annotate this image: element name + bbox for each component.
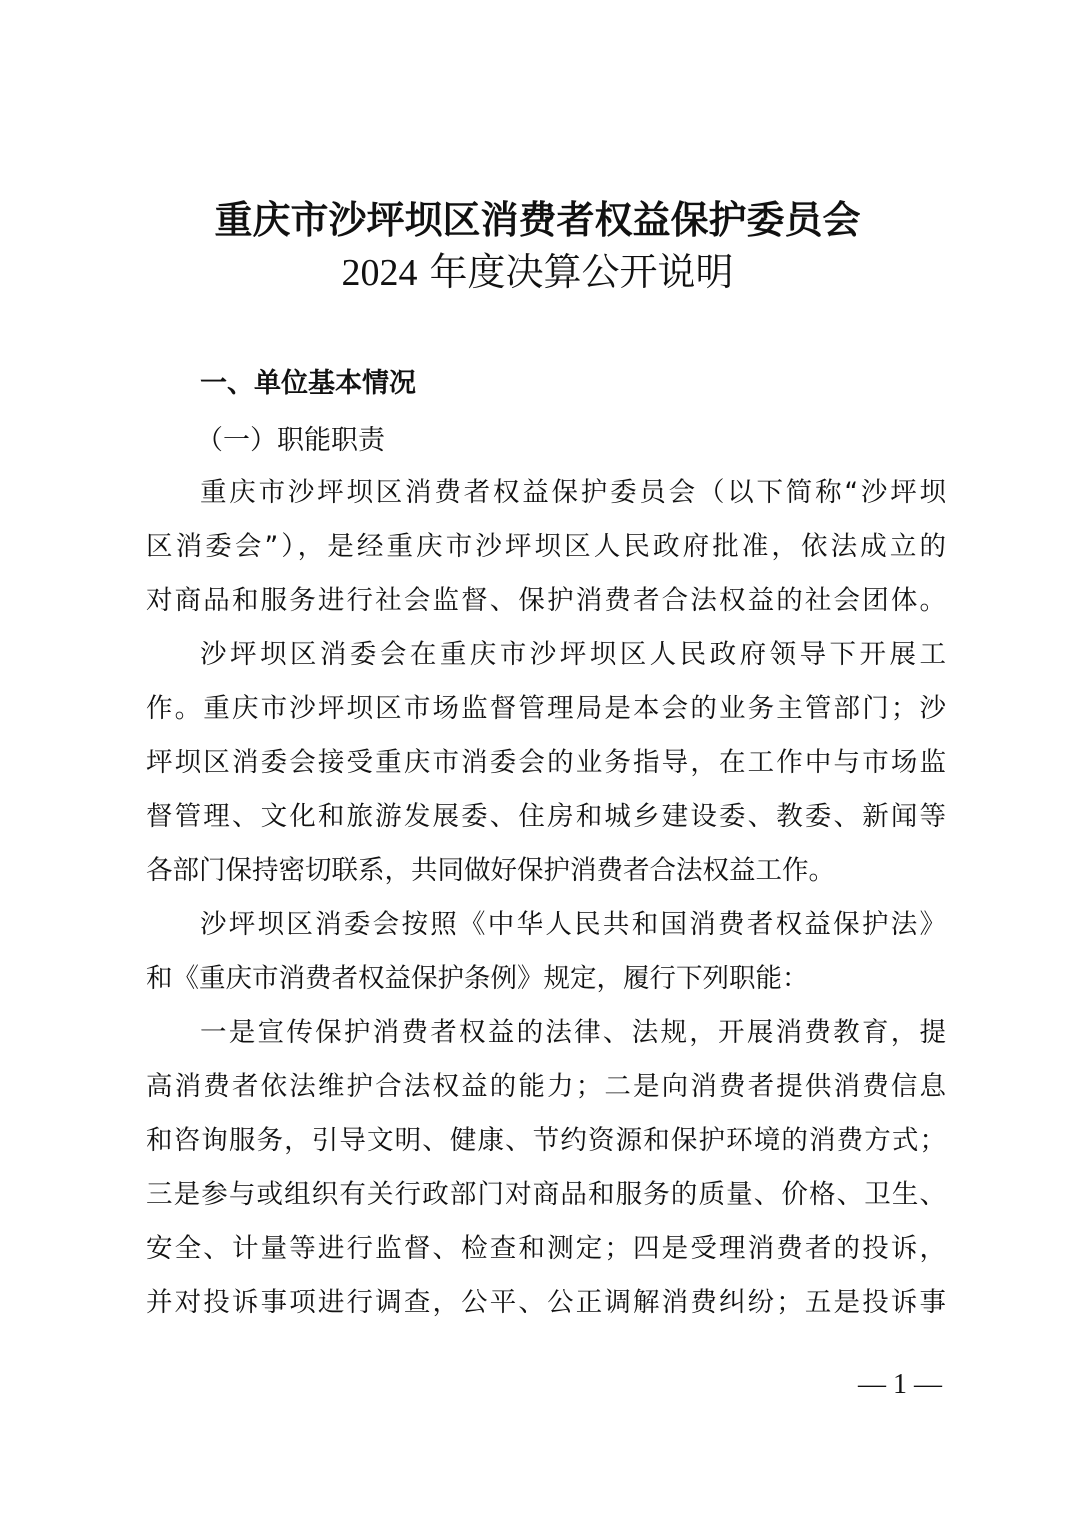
paragraph-line: 和《重庆市消费者权益保护条例》规定，履行下列职能： (146, 957, 946, 1001)
paragraph-line: 一是宣传保护消费者权益的法律、法规，开展消费教育，提 (200, 1011, 946, 1055)
paragraph-line: 和咨询服务，引导文明、健康、节约资源和保护环境的消费方式； (146, 1119, 946, 1163)
paragraph-line: 三是参与或组织有关行政部门对商品和服务的质量、价格、卫生、 (146, 1173, 946, 1217)
paragraph-line: 坪坝区消委会接受重庆市消委会的业务指导，在工作中与市场监 (146, 741, 946, 785)
paragraph-line: 并对投诉事项进行调查，公平、公正调解消费纠纷；五是投诉事 (146, 1281, 946, 1325)
paragraph-line: 重庆市沙坪坝区消费者权益保护委员会（以下简称“沙坪坝 (200, 471, 946, 515)
paragraph-line: 作。重庆市沙坪坝区市场监督管理局是本会的业务主管部门；沙 (146, 687, 946, 731)
document-title-line2: 2024 年度决算公开说明 (0, 244, 1075, 301)
page-number: — 1 — (850, 1365, 950, 1405)
paragraph-line: 安全、计量等进行监督、检查和测定；四是受理消费者的投诉， (146, 1227, 946, 1271)
title-year: 2024 (341, 252, 417, 294)
paragraph-line: 沙坪坝区消委会按照《中华人民共和国消费者权益保护法》 (200, 903, 946, 947)
paragraph-line: 各部门保持密切联系，共同做好保护消费者合法权益工作。 (146, 849, 946, 893)
paragraph-line: 对商品和服务进行社会监督、保护消费者合法权益的社会团体。 (146, 579, 946, 623)
document-page: 重庆市沙坪坝区消费者权益保护委员会 2024 年度决算公开说明 一、单位基本情况… (0, 0, 1075, 1520)
paragraph-line: 区消委会”），是经重庆市沙坪坝区人民政府批准，依法成立的 (146, 525, 946, 569)
section-heading-basic-info: 一、单位基本情况 (200, 362, 416, 406)
title-rest: 年度决算公开说明 (417, 250, 733, 294)
paragraph-line: 高消费者依法维护合法权益的能力；二是向消费者提供消费信息 (146, 1065, 946, 1109)
paragraph-line: 沙坪坝区消委会在重庆市沙坪坝区人民政府领导下开展工 (200, 633, 946, 677)
document-title-line1: 重庆市沙坪坝区消费者权益保护委员会 (0, 192, 1075, 248)
subsection-heading-duties: （一）职能职责 (196, 419, 385, 463)
paragraph-line: 督管理、文化和旅游发展委、住房和城乡建设委、教委、新闻等 (146, 795, 946, 839)
